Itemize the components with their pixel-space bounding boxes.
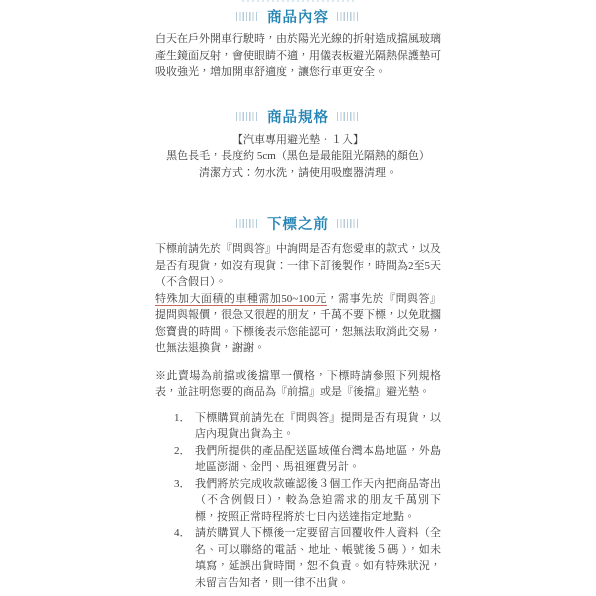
header-bars-icon bbox=[236, 219, 259, 228]
list-item-number: 3． bbox=[174, 476, 195, 526]
list-item: 3． 我們將於完成收款確認後３個工作天內把商品寄出（不含例假日），較為急迫需求的… bbox=[174, 476, 441, 526]
product-content-paragraph: 白天在戶外開車行駛時，由於陽光光線的折射造成擋風玻璃產生鏡面反射，會使眼睛不適，… bbox=[155, 31, 441, 81]
section-header-product-content: 商品內容 bbox=[0, 8, 596, 25]
before-bidding-paragraph-2: 特殊加大面積的車種需加50~100元，需事先於『問與答』提問與報價，很急又很趕的… bbox=[155, 291, 441, 357]
section-title-product-content: 商品內容 bbox=[267, 6, 329, 27]
header-bars-icon bbox=[337, 219, 360, 228]
spec-line-cleaning: 清潔方式：勿水洗，請使用吸塵器清理。 bbox=[155, 165, 441, 182]
list-item-text: 請於購買人下標後一定要留言回覆收件人資料（全名、可以聯絡的電話、地址、帳號後５碼… bbox=[195, 525, 441, 591]
header-bars-icon bbox=[236, 112, 259, 121]
list-item: 4． 請於購買人下標後一定要留言回覆收件人資料（全名、可以聯絡的電話、地址、帳號… bbox=[174, 525, 441, 591]
before-bidding-numbered-list: 1． 下標購買前請先在『問與答』提問是否有現貨，以店內現貨出貨為主。 2． 我們… bbox=[174, 410, 441, 592]
product-description-page: 商品內容 白天在戶外開車行駛時，由於陽光光線的折射造成擋風玻璃產生鏡面反射，會使… bbox=[0, 0, 596, 596]
list-item-text: 我們將於完成收款確認後３個工作天內把商品寄出（不含例假日），較為急迫需求的朋友千… bbox=[195, 476, 441, 526]
list-item-number: 4． bbox=[174, 525, 195, 591]
list-item-text: 我們所提供的產品配送區域僅台灣本島地區，外島地區澎湖、金門、馬祖運費另計。 bbox=[195, 443, 441, 476]
header-bars-icon bbox=[337, 12, 360, 21]
header-bars-icon bbox=[337, 112, 360, 121]
section-title-product-spec: 商品規格 bbox=[267, 106, 329, 127]
section-header-product-spec: 商品規格 bbox=[0, 108, 596, 125]
spec-line-product-name: 【汽車專用避光墊‧１入】 bbox=[155, 132, 441, 149]
spec-line-material: 黑色長毛，長度約 5cm（黑色是最能阻光隔熱的顏色） bbox=[155, 148, 441, 165]
product-spec-lines: 【汽車專用避光墊‧１入】 黑色長毛，長度約 5cm（黑色是最能阻光隔熱的顏色） … bbox=[155, 132, 441, 182]
list-item-number: 1． bbox=[174, 410, 195, 443]
before-bidding-paragraph-1: 下標前請先於『問與答』中詢問是否有您愛車的款式，以及是否有現貨，如沒有現貨：一律… bbox=[155, 241, 441, 291]
header-bars-icon bbox=[236, 12, 259, 21]
list-item-number: 2． bbox=[174, 443, 195, 476]
list-item: 2． 我們所提供的產品配送區域僅台灣本島地區，外島地區澎湖、金門、馬祖運費另計。 bbox=[174, 443, 441, 476]
section-title-before-bidding: 下標之前 bbox=[267, 213, 329, 234]
extra-fee-highlight: 特殊加大面積的車種需加50~100元 bbox=[155, 293, 327, 307]
section-header-before-bidding: 下標之前 bbox=[0, 215, 596, 232]
list-item-text: 下標購買前請先在『問與答』提問是否有現貨，以店內現貨出貨為主。 bbox=[195, 410, 441, 443]
single-price-note: ※此賣場為前擋或後擋單一價格，下標時請參照下列規格表，並註明您要的商品為『前擋』… bbox=[155, 368, 441, 401]
list-item: 1． 下標購買前請先在『問與答』提問是否有現貨，以店內現貨出貨為主。 bbox=[174, 410, 441, 443]
cropped-header-remnant bbox=[242, 0, 354, 2]
